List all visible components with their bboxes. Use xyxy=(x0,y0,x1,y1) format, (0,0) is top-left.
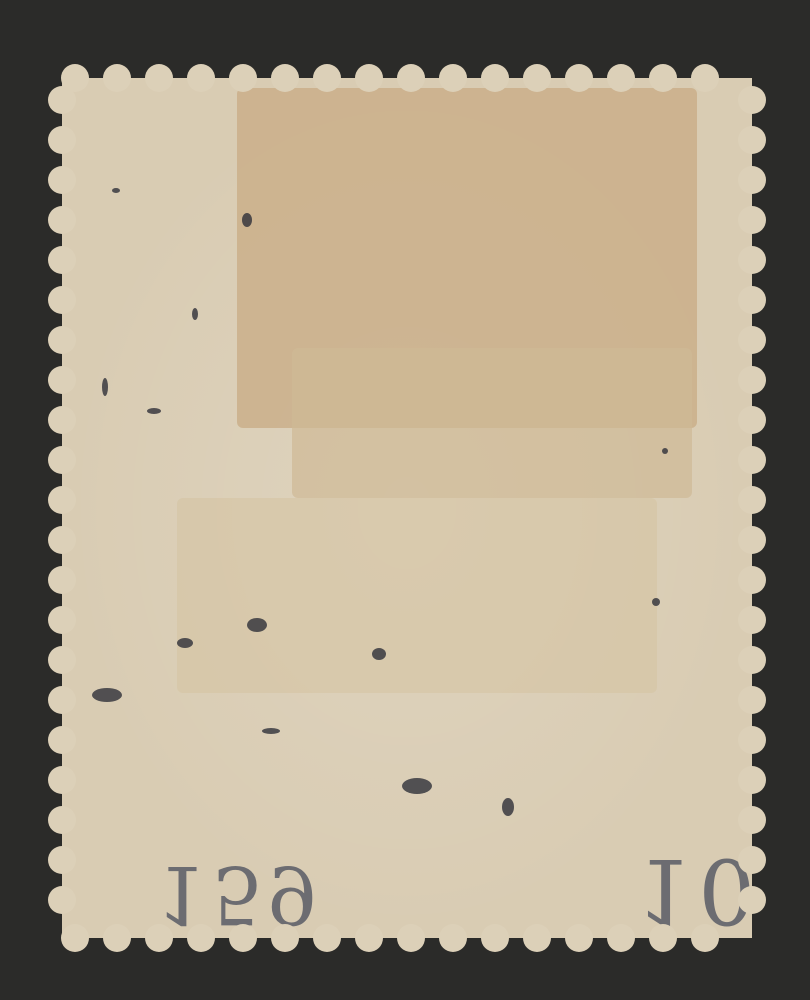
ink-speck xyxy=(652,598,660,606)
perforation-tooth xyxy=(229,924,257,952)
perforation-tooth xyxy=(565,64,593,92)
perforation-tooth xyxy=(738,686,766,714)
perforation-tooth xyxy=(48,566,76,594)
perforation-tooth xyxy=(48,646,76,674)
perforation-tooth xyxy=(738,246,766,274)
perforation-tooth xyxy=(48,726,76,754)
perforation-tooth xyxy=(649,64,677,92)
perforation-tooth xyxy=(145,64,173,92)
perforation-tooth xyxy=(523,64,551,92)
perforation-tooth xyxy=(48,686,76,714)
perforation-tooth xyxy=(738,126,766,154)
perforation-tooth xyxy=(48,206,76,234)
ink-speck xyxy=(147,408,161,414)
perforation-tooth xyxy=(48,86,76,114)
perforation-tooth xyxy=(738,886,766,914)
perforation-tooth xyxy=(649,924,677,952)
perforation-tooth xyxy=(607,64,635,92)
perforation-tooth xyxy=(738,806,766,834)
perforation-tooth xyxy=(738,326,766,354)
perforation-tooth xyxy=(738,486,766,514)
perforation-tooth xyxy=(355,64,383,92)
perforation-tooth xyxy=(439,924,467,952)
perforation-tooth xyxy=(738,726,766,754)
perforation-tooth xyxy=(738,766,766,794)
perforation-tooth xyxy=(48,366,76,394)
perforation-tooth xyxy=(397,64,425,92)
perforation-tooth xyxy=(48,126,76,154)
perforation-tooth xyxy=(48,246,76,274)
perforation-tooth xyxy=(187,64,215,92)
perforation-tooth xyxy=(738,406,766,434)
perforation-tooth xyxy=(738,166,766,194)
ink-speck xyxy=(372,648,386,660)
ink-speck xyxy=(92,688,122,702)
perforation-tooth xyxy=(103,924,131,952)
ink-speck xyxy=(247,618,267,632)
perforation-tooth xyxy=(481,64,509,92)
hinge-remnant-bottom xyxy=(177,498,657,693)
perforation-tooth xyxy=(48,326,76,354)
perforation-tooth xyxy=(48,406,76,434)
perforation-tooth xyxy=(738,606,766,634)
ink-speck xyxy=(502,798,514,816)
perforation-tooth xyxy=(103,64,131,92)
perforation-tooth xyxy=(691,64,719,92)
ink-speck xyxy=(112,188,120,193)
perforation-tooth xyxy=(187,924,215,952)
perforation-tooth xyxy=(271,64,299,92)
ink-speck xyxy=(177,638,193,648)
perforation-tooth xyxy=(48,286,76,314)
perforation-tooth xyxy=(738,566,766,594)
ink-speck xyxy=(192,308,198,320)
perforation-tooth xyxy=(48,526,76,554)
perforation-tooth xyxy=(48,486,76,514)
hinge-remnant-middle xyxy=(292,348,692,498)
perforation-tooth xyxy=(565,924,593,952)
perforation-tooth xyxy=(738,846,766,874)
perforation-tooth xyxy=(738,646,766,674)
stamp-back: 159 10 xyxy=(62,78,752,938)
perforation-tooth xyxy=(61,924,89,952)
perforation-tooth xyxy=(48,886,76,914)
perforation-tooth xyxy=(48,806,76,834)
ink-speck xyxy=(262,728,280,734)
perforation-tooth xyxy=(738,86,766,114)
perforation-tooth xyxy=(439,64,467,92)
perforation-tooth xyxy=(738,526,766,554)
perforation-tooth xyxy=(523,924,551,952)
perforation-tooth xyxy=(48,766,76,794)
ink-speck xyxy=(402,778,432,794)
ink-speck xyxy=(242,213,252,227)
perforation-tooth xyxy=(145,924,173,952)
perforation-tooth xyxy=(481,924,509,952)
ink-speck xyxy=(102,378,108,396)
perforation-tooth xyxy=(48,446,76,474)
perforation-tooth xyxy=(738,206,766,234)
perforation-tooth xyxy=(355,924,383,952)
perforation-tooth xyxy=(397,924,425,952)
perforation-tooth xyxy=(229,64,257,92)
perforation-tooth xyxy=(48,166,76,194)
perforation-tooth xyxy=(607,924,635,952)
ink-speck xyxy=(662,448,668,454)
perforation-tooth xyxy=(691,924,719,952)
perforation-tooth xyxy=(738,366,766,394)
perforation-tooth xyxy=(313,64,341,92)
perforation-tooth xyxy=(313,924,341,952)
perforation-tooth xyxy=(48,846,76,874)
perforation-tooth xyxy=(48,606,76,634)
perforation-tooth xyxy=(738,446,766,474)
perforation-tooth xyxy=(271,924,299,952)
perforation-tooth xyxy=(738,286,766,314)
